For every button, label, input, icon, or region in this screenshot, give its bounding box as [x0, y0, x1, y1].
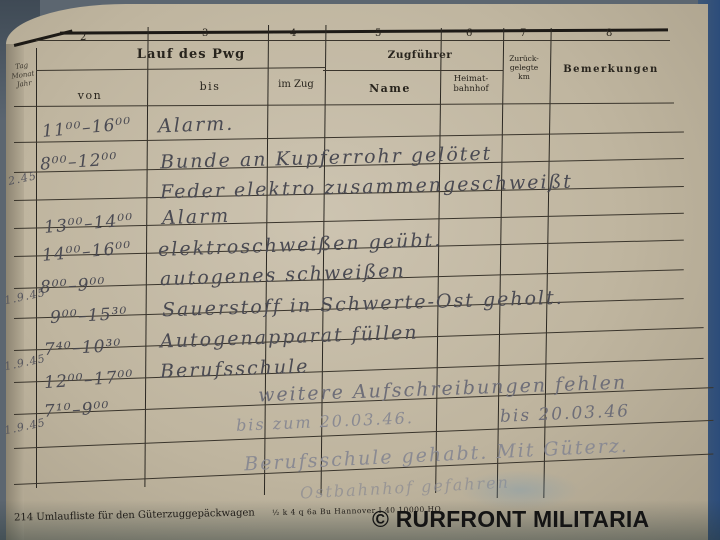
header-von: von [70, 89, 110, 102]
colnum-6: 6 [466, 28, 472, 39]
colnum-8: 8 [606, 28, 612, 39]
header-im-zug: im Zug [272, 79, 320, 90]
header-lauf-des-pwg: Lauf des Pwg [126, 47, 256, 62]
entry-time: 7⁴⁰–10³⁰ [44, 336, 123, 360]
header-bis: bis [190, 80, 230, 93]
header-zurueckgelegte-km: Zurück- gelegte km [503, 54, 545, 81]
entry-time: 8⁰⁰–9⁰⁰ [40, 274, 107, 297]
entry-text: Alarm [162, 205, 231, 229]
header-heimatbahnhof: Heimat- bahnhof [446, 74, 496, 94]
colnum-5: 5 [375, 28, 381, 39]
colnum-2: 2 [80, 32, 86, 43]
header-name: Name [360, 82, 420, 95]
colnum-3: 3 [202, 28, 208, 39]
hline-zugfuehrer [323, 70, 503, 71]
entry-time: 7¹⁰–9⁰⁰ [44, 398, 111, 421]
header-bemerkungen: Bemerkungen [556, 64, 666, 75]
hline-colnumbers [36, 40, 670, 41]
colnum-4: 4 [290, 28, 296, 39]
header-date-rotated: Tag Monat Jahr [8, 60, 38, 90]
copyright-watermark: © RURFRONT MILITARIA [372, 506, 649, 533]
colnum-7: 7 [520, 28, 526, 39]
entry-time: 9⁰⁰–15³⁰ [50, 304, 129, 328]
header-zugfuehrer: Zugführer [370, 49, 470, 61]
entry-text: Alarm. [158, 113, 235, 138]
